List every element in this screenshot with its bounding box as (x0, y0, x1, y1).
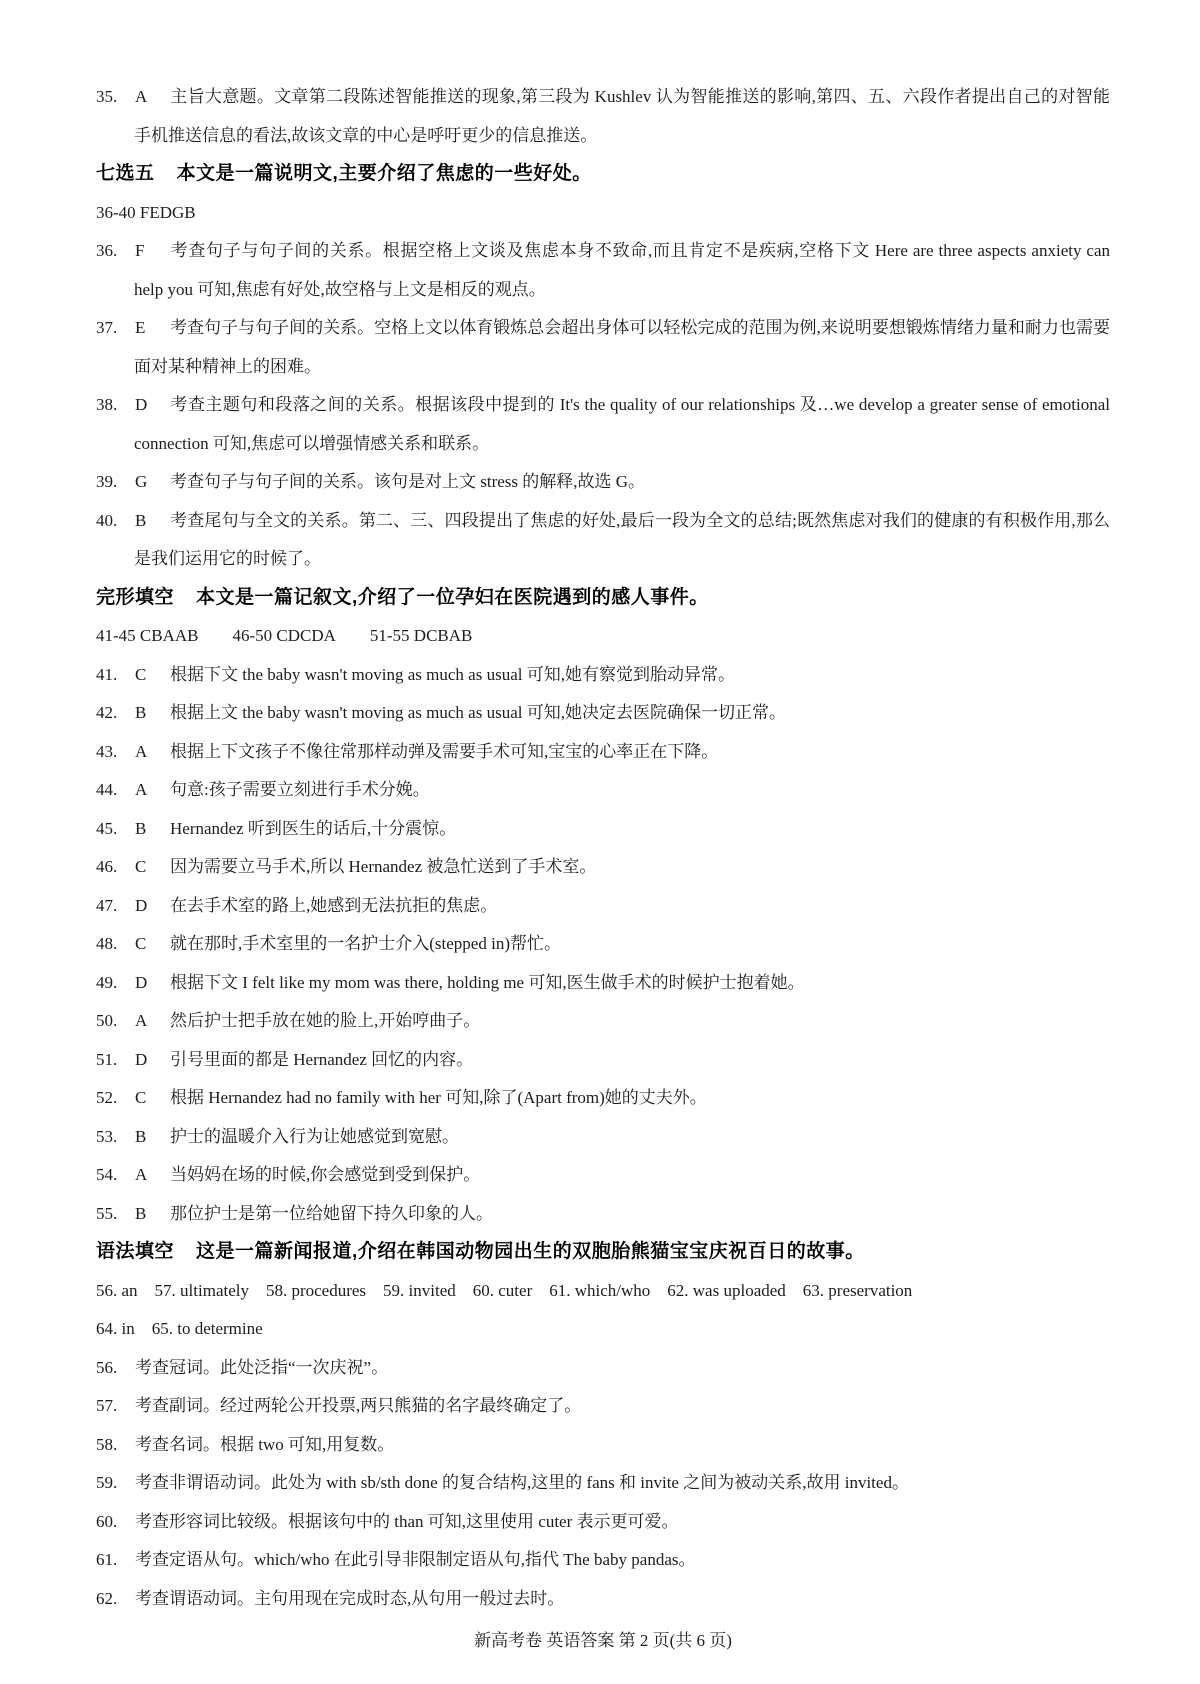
item-49: 49.D根据下文 I felt like my mom was there, h… (96, 964, 1110, 1003)
item-number: 51. (96, 1041, 135, 1080)
item-number: 39. (96, 463, 135, 502)
item-answer: A (135, 771, 170, 810)
item-text: 就在那时,手术室里的一名护士介入(stepped in)帮忙。 (170, 934, 561, 953)
section-header-qixuanwu: 七选五本文是一篇说明文,主要介绍了焦虑的一些好处。 (96, 155, 1110, 194)
item-45: 45.BHernandez 听到医生的话后,十分震惊。 (96, 810, 1110, 849)
item-number: 58. (96, 1426, 135, 1465)
item-answer: C (135, 656, 170, 695)
item-42: 42.B根据上文 the baby wasn't moving as much … (96, 694, 1110, 733)
item-answer: C (135, 1079, 170, 1118)
item-number: 60. (96, 1503, 135, 1542)
item-text: 当妈妈在场的时候,你会感觉到受到保护。 (170, 1165, 480, 1184)
item-number: 43. (96, 733, 135, 772)
section-header-yufa: 语法填空这是一篇新闻报道,介绍在韩国动物园出生的双胞胎熊猫宝宝庆祝百日的故事。 (96, 1233, 1110, 1272)
item-51: 51.D引号里面的都是 Hernandez 回忆的内容。 (96, 1041, 1110, 1080)
item-number: 38. (96, 386, 135, 425)
item-answer: G (135, 463, 170, 502)
item-answer: B (135, 1118, 170, 1157)
item-number: 53. (96, 1118, 135, 1157)
item-answer: D (135, 1041, 170, 1080)
item-answer: E (135, 309, 170, 348)
item-text: 在去手术室的路上,她感到无法抗拒的焦虑。 (170, 896, 497, 915)
item-number: 50. (96, 1002, 135, 1041)
item-62: 62.考查谓语动词。主句用现在完成时态,从句用一般过去时。 (96, 1580, 1110, 1619)
item-text: 考查定语从句。which/who 在此引导非限制定语从句,指代 The baby… (135, 1550, 695, 1569)
item-57: 57.考查副词。经过两轮公开投票,两只熊猫的名字最终确定了。 (96, 1387, 1110, 1426)
item-answer: A (135, 78, 170, 117)
item-answer: D (135, 386, 170, 425)
item-answer: D (135, 887, 170, 926)
item-text: 考查句子与句子间的关系。空格上文以体育锻炼总会超出身体可以轻松完成的范围为例,来… (134, 318, 1110, 376)
item-46: 46.C因为需要立马手术,所以 Hernandez 被急忙送到了手术室。 (96, 848, 1110, 887)
item-answer: B (135, 502, 170, 541)
item-number: 46. (96, 848, 135, 887)
section-desc: 本文是一篇说明文,主要介绍了焦虑的一些好处。 (177, 163, 592, 184)
item-answer: A (135, 733, 170, 772)
item-text: Hernandez 听到医生的话后,十分震惊。 (170, 819, 456, 838)
answer-key-line: 41-45 CBAAB 46-50 CDCDA 51-55 DCBAB (96, 617, 1110, 656)
item-number: 47. (96, 887, 135, 926)
item-answer: B (135, 810, 170, 849)
item-answer: F (135, 232, 170, 271)
item-answer: C (135, 848, 170, 887)
item-43: 43.A根据上下文孩子不像往常那样动弹及需要手术可知,宝宝的心率正在下降。 (96, 733, 1110, 772)
item-text: 主旨大意题。文章第二段陈述智能推送的现象,第三段为 Kushlev 认为智能推送… (134, 87, 1110, 145)
item-number: 61. (96, 1541, 135, 1580)
item-number: 44. (96, 771, 135, 810)
item-answer: A (135, 1156, 170, 1195)
item-41: 41.C根据下文 the baby wasn't moving as much … (96, 656, 1110, 695)
item-text: 然后护士把手放在她的脸上,开始哼曲子。 (170, 1011, 480, 1030)
section-desc: 这是一篇新闻报道,介绍在韩国动物园出生的双胞胎熊猫宝宝庆祝百日的故事。 (196, 1241, 865, 1262)
item-number: 35. (96, 78, 135, 117)
item-58: 58.考查名词。根据 two 可知,用复数。 (96, 1426, 1110, 1465)
item-35: 35.A主旨大意题。文章第二段陈述智能推送的现象,第三段为 Kushlev 认为… (96, 78, 1110, 155)
item-44: 44.A句意:孩子需要立刻进行手术分娩。 (96, 771, 1110, 810)
item-text: 考查句子与句子间的关系。该句是对上文 stress 的解释,故选 G。 (170, 472, 645, 491)
item-text: 护士的温暖介入行为让她感觉到宽慰。 (170, 1127, 459, 1146)
item-54: 54.A当妈妈在场的时候,你会感觉到受到保护。 (96, 1156, 1110, 1195)
section-title: 完形填空 (96, 587, 174, 608)
item-40: 40.B考查尾句与全文的关系。第二、三、四段提出了焦虑的好处,最后一段为全文的总… (96, 502, 1110, 579)
item-text: 根据下文 the baby wasn't moving as much as u… (170, 665, 735, 684)
item-48: 48.C就在那时,手术室里的一名护士介入(stepped in)帮忙。 (96, 925, 1110, 964)
item-52: 52.C根据 Hernandez had no family with her … (96, 1079, 1110, 1118)
item-number: 49. (96, 964, 135, 1003)
item-number: 36. (96, 232, 135, 271)
item-text: 考查谓语动词。主句用现在完成时态,从句用一般过去时。 (135, 1589, 564, 1608)
item-36: 36.F考查句子与句子间的关系。根据空格上文谈及焦虑本身不致命,而且肯定不是疾病… (96, 232, 1110, 309)
item-text: 因为需要立马手术,所以 Hernandez 被急忙送到了手术室。 (170, 857, 596, 876)
item-60: 60.考查形容词比较级。根据该句中的 than 可知,这里使用 cuter 表示… (96, 1503, 1110, 1542)
item-text: 考查冠词。此处泛指“一次庆祝”。 (135, 1358, 388, 1377)
item-53: 53.B护士的温暖介入行为让她感觉到宽慰。 (96, 1118, 1110, 1157)
answer-key-line: 64. in 65. to determine (96, 1310, 1110, 1349)
item-text: 那位护士是第一位给她留下持久印象的人。 (170, 1204, 493, 1223)
section-title: 语法填空 (96, 1241, 174, 1262)
item-47: 47.D在去手术室的路上,她感到无法抗拒的焦虑。 (96, 887, 1110, 926)
item-text: 根据上下文孩子不像往常那样动弹及需要手术可知,宝宝的心率正在下降。 (170, 742, 718, 761)
item-number: 55. (96, 1195, 135, 1234)
item-text: 考查名词。根据 two 可知,用复数。 (135, 1435, 394, 1454)
item-59: 59.考查非谓语动词。此处为 with sb/sth done 的复合结构,这里… (96, 1464, 1110, 1503)
item-text: 引号里面的都是 Hernandez 回忆的内容。 (170, 1050, 473, 1069)
item-text: 根据 Hernandez had no family with her 可知,除… (170, 1088, 707, 1107)
item-answer: B (135, 1195, 170, 1234)
answer-key-line: 36-40 FEDGB (96, 194, 1110, 233)
item-text: 考查形容词比较级。根据该句中的 than 可知,这里使用 cuter 表示更可爱… (135, 1512, 679, 1531)
item-answer: B (135, 694, 170, 733)
item-55: 55.B那位护士是第一位给她留下持久印象的人。 (96, 1195, 1110, 1234)
item-number: 56. (96, 1349, 135, 1388)
section-desc: 本文是一篇记叙文,介绍了一位孕妇在医院遇到的感人事件。 (196, 587, 709, 608)
item-37: 37.E考查句子与句子间的关系。空格上文以体育锻炼总会超出身体可以轻松完成的范围… (96, 309, 1110, 386)
item-number: 62. (96, 1580, 135, 1619)
item-text: 考查尾句与全文的关系。第二、三、四段提出了焦虑的好处,最后一段为全文的总结;既然… (134, 511, 1110, 569)
item-number: 59. (96, 1464, 135, 1503)
item-61: 61.考查定语从句。which/who 在此引导非限制定语从句,指代 The b… (96, 1541, 1110, 1580)
answer-key-line: 56. an 57. ultimately 58. procedures 59.… (96, 1272, 1110, 1311)
item-number: 52. (96, 1079, 135, 1118)
item-number: 42. (96, 694, 135, 733)
item-56: 56.考查冠词。此处泛指“一次庆祝”。 (96, 1349, 1110, 1388)
item-text: 考查句子与句子间的关系。根据空格上文谈及焦虑本身不致命,而且肯定不是疾病,空格下… (134, 241, 1110, 299)
item-text: 句意:孩子需要立刻进行手术分娩。 (170, 780, 430, 799)
section-header-wanxing: 完形填空本文是一篇记叙文,介绍了一位孕妇在医院遇到的感人事件。 (96, 579, 1110, 618)
item-number: 45. (96, 810, 135, 849)
item-text: 根据上文 the baby wasn't moving as much as u… (170, 703, 786, 722)
item-number: 40. (96, 502, 135, 541)
section-title: 七选五 (96, 163, 155, 184)
item-50: 50.A然后护士把手放在她的脸上,开始哼曲子。 (96, 1002, 1110, 1041)
item-number: 48. (96, 925, 135, 964)
page: 35.A主旨大意题。文章第二段陈述智能推送的现象,第三段为 Kushlev 认为… (0, 0, 1200, 1684)
item-text: 考查副词。经过两轮公开投票,两只熊猫的名字最终确定了。 (135, 1396, 581, 1415)
item-text: 根据下文 I felt like my mom was there, holdi… (170, 973, 805, 992)
item-text: 考查主题句和段落之间的关系。根据该段中提到的 It's the quality … (134, 395, 1110, 453)
item-38: 38.D考查主题句和段落之间的关系。根据该段中提到的 It's the qual… (96, 386, 1110, 463)
item-answer: A (135, 1002, 170, 1041)
item-number: 41. (96, 656, 135, 695)
item-39: 39.G考查句子与句子间的关系。该句是对上文 stress 的解释,故选 G。 (96, 463, 1110, 502)
item-number: 37. (96, 309, 135, 348)
item-answer: C (135, 925, 170, 964)
item-answer: D (135, 964, 170, 1003)
item-number: 57. (96, 1387, 135, 1426)
page-footer: 新高考卷 英语答案 第 2 页(共 6 页) (96, 1622, 1110, 1661)
item-number: 54. (96, 1156, 135, 1195)
item-text: 考查非谓语动词。此处为 with sb/sth done 的复合结构,这里的 f… (135, 1473, 909, 1492)
